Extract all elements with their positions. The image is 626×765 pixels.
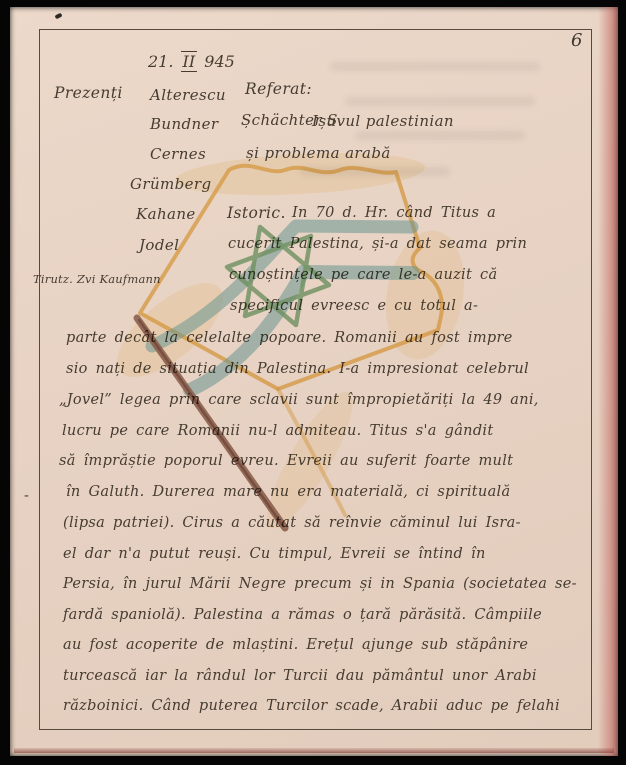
scanned-notebook-page: 6 21. II 945 Prezenți Alterescu Bundner … — [0, 0, 626, 765]
body-line: lucru pe care Romanii nu-l admiteau. Tit… — [62, 423, 493, 439]
ink-bleedthrough — [300, 167, 450, 176]
attendee-grumberg: Grümberg — [130, 175, 212, 193]
prezenti-label: Prezenți — [54, 84, 123, 102]
attendee-kahane: Kahane — [136, 205, 196, 223]
date-day: 21. — [148, 52, 173, 71]
body-line: specificul evreesc e cu totul a- — [230, 298, 478, 314]
body-line: războinici. Când puterea Turcilor scade,… — [63, 698, 560, 714]
date-year: 945 — [204, 52, 235, 71]
body-line: cunoștințele pe care le-a auzit că — [229, 267, 497, 283]
date-month: II — [181, 51, 198, 72]
body-line: au fost acoperite de mlaștini. Erețul aj… — [63, 637, 528, 653]
body-line: cucerit Palestina, și-a dat seama prin — [228, 236, 527, 252]
body-line: parte decât la celelalte popoare. Romani… — [66, 330, 513, 346]
body-line: să împrăștie poporul evreu. Evreii au su… — [59, 453, 513, 469]
body-line: In 70 d. Hr. când Titus a — [292, 205, 496, 221]
ink-bleedthrough — [355, 131, 525, 140]
ink-bleedthrough — [330, 62, 540, 71]
istoric-label: Istoric. — [227, 204, 286, 222]
attendee-jodel: Jodel — [139, 236, 179, 254]
date: 21. II 945 — [148, 52, 235, 71]
referat-title-line1: Ișuvul palestinian — [312, 112, 454, 130]
body-line: fardă spaniolă). Palestina a rămas o țar… — [63, 607, 542, 623]
body-line: sio nați de situația din Palestina. I-a … — [66, 361, 529, 377]
page-number: 6 — [571, 30, 582, 51]
attendee-cernes: Cernes — [150, 145, 206, 163]
paper-right-edge — [598, 7, 618, 756]
body-line: (lipsa patriei). Cirus a căutat să reînv… — [63, 515, 521, 531]
ink-bleedthrough — [345, 97, 535, 106]
referat-title-line2: și problema arabă — [246, 144, 391, 162]
referat-label: Referat: — [245, 80, 312, 98]
body-line: turcească iar la rândul lor Turcii dau p… — [63, 668, 537, 684]
body-line: în Galuth. Durerea mare nu era materială… — [66, 484, 510, 500]
attendee-bundner: Bundner — [150, 115, 218, 133]
attendee-alterescu: Alterescu — [150, 86, 226, 104]
body-line: Persia, în jurul Mării Negre precum și i… — [63, 576, 577, 592]
body-line: „Jovel” legea prin care sclavii sunt împ… — [59, 392, 539, 408]
paper-bottom-edge — [14, 748, 614, 753]
body-line: el dar n'a putut reuși. Cu timpul, Evrei… — [63, 546, 486, 562]
attendee-kaufmann: Tirutz. Zvi Kaufmann — [33, 272, 161, 286]
margin-mark: - — [24, 488, 29, 504]
